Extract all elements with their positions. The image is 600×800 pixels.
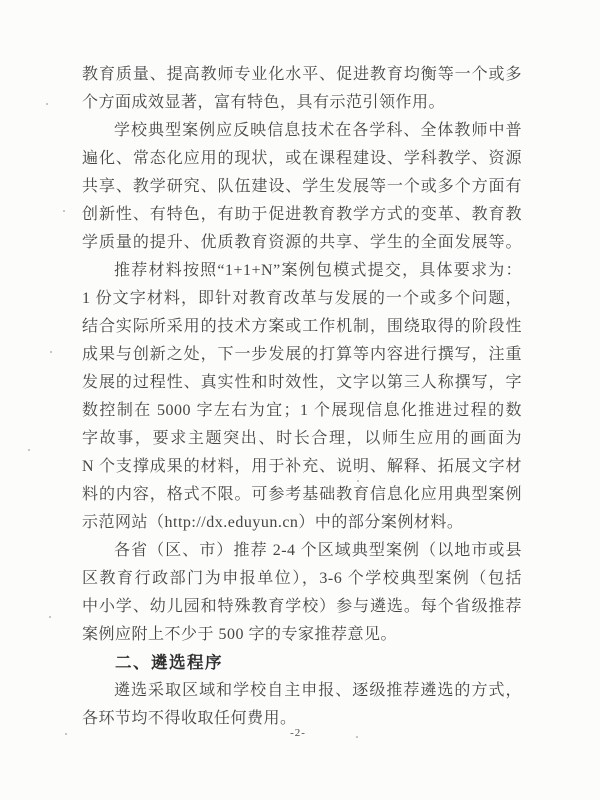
section-heading: 二、遴选程序 [82,649,522,677]
page-number: -2- [0,727,596,739]
text-line: 发展的过程性、真实性和时效性，文字以第三人称撰写，字 [82,369,522,397]
text-line: 遍化、常态化应用的现状，或在课程建设、学科教学、资源 [82,145,522,173]
text-line: 推荐材料按照“1+1+N”案例包模式提交，具体要求为： [82,257,522,285]
scan-speck [28,449,30,451]
scan-speck [356,736,358,738]
scan-speck [63,210,65,212]
text-line: 中小学、幼儿园和特殊教育学校）参与遴选。每个省级推荐 [82,593,522,621]
text-line: 创新性、有特色，有助于促进教育教学方式的变革、教育教 [82,201,522,229]
text-line: 字故事，要求主题突出、时长合理，以师生应用的画面为主； [82,425,522,453]
text-line: 成果与创新之处，下一步发展的打算等内容进行撰写，注重 [82,341,522,369]
text-line: 数控制在 5000 字左右为宜；1 个展现信息化推进过程的数 [82,397,522,425]
scan-speck [49,616,51,618]
document-body: 教育质量、提高教师专业化水平、促进教育均衡等一个或多个方面成效显著，富有特色，具… [82,61,522,733]
document-page: 教育质量、提高教师专业化水平、促进教育均衡等一个或多个方面成效显著，富有特色，具… [0,0,600,800]
text-line: 共享、教学研究、队伍建设、学生发展等一个或多个方面有 [82,173,522,201]
scan-speck [46,103,48,105]
scan-speck [357,480,359,482]
text-line: 学校典型案例应反映信息技术在各学科、全体教师中普 [82,117,522,145]
text-line: 区教育行政部门为申报单位），3-6 个学校典型案例（包括 [82,565,522,593]
text-line: 各省（区、市）推荐 2-4 个区域典型案例（以地市或县 [82,537,522,565]
text-line: 1 份文字材料，即针对教育改革与发展的一个或多个问题， [82,285,522,313]
text-line: 教育质量、提高教师专业化水平、促进教育均衡等一个或多 [82,61,522,89]
text-line: 遴选采取区域和学校自主申报、逐级推荐遴选的方式， [82,677,522,705]
scan-speck [65,733,67,735]
text-line: 学质量的提升、优质教育资源的共享、学生的全面发展等。 [82,229,522,257]
text-line: 示范网站（http://dx.eduyun.cn）中的部分案例材料。 [82,509,522,537]
text-line: 个方面成效显著，富有特色，具有示范引领作用。 [82,89,522,117]
text-line: 案例应附上不少于 500 字的专家推荐意见。 [82,621,522,649]
text-line: 料的内容，格式不限。可参考基础教育信息化应用典型案例 [82,481,522,509]
scan-speck [50,351,52,353]
text-line: N 个支撑成果的材料，用于补充、说明、解释、拓展文字材 [82,453,522,481]
text-line: 结合实际所采用的技术方案或工作机制，围绕取得的阶段性 [82,313,522,341]
